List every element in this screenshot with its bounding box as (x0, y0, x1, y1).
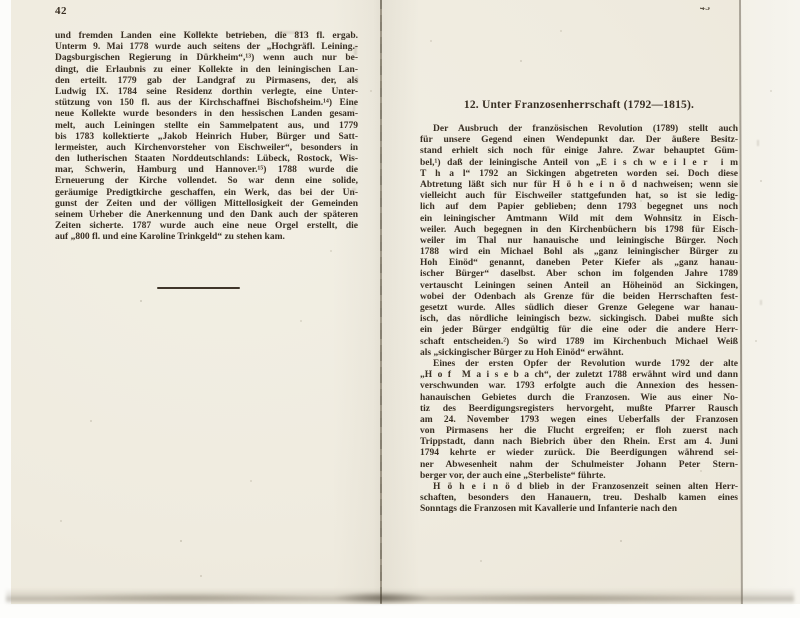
scanned-book-spread: 42 und fremden Landen eine Kollekte betr… (0, 0, 800, 618)
scan-noise-specks (0, 0, 2, 2)
text-line: lich auf dem Papier geblieben; denn 1793… (420, 202, 738, 213)
chapter-heading: 12. Unter Franzosenherrschaft (1792—1815… (420, 99, 738, 111)
text-line: Der Ausbruch der französischen Revolutio… (420, 124, 738, 135)
text-line: melt, auch Leiningen stellte ein Sammelp… (55, 121, 358, 132)
left-page-number: 42 (55, 5, 67, 17)
book-gutter-line (380, 0, 382, 604)
text-line: stützung von 150 fl. aus der Kirchschaff… (55, 98, 358, 109)
text-line: gunst der Zeiten und der völligen Mittel… (55, 199, 358, 210)
scanner-background-left (0, 0, 11, 618)
text-line: vertauscht Leiningen seinen Anteil an Hö… (420, 281, 738, 292)
text-line: ischer Bürger“ daselbst. Aber schon im f… (420, 269, 738, 280)
text-line: Sonntags die Franzosen mit Kavallerie un… (420, 504, 738, 515)
text-line: isch, das nördliche leiningisch bezw. si… (420, 314, 738, 325)
page-edge-margin (741, 0, 800, 604)
text-line: den lutherischen Staaten Norddeutschland… (55, 154, 358, 165)
text-line: weiler im Thal nur hanauische und leinin… (420, 236, 738, 247)
text-line: 1794 kehrte er wieder zurück. Die Beerdi… (420, 448, 738, 459)
text-line: Hoh Einöd“ genannt, daneben Peter Kiefer… (420, 258, 738, 269)
text-line: lermeister, auch Kirchenvorsteher von Ei… (55, 143, 358, 154)
text-line: schaften, besonders den Hanauern, treu. … (420, 493, 738, 504)
text-line: berger vor, der auch eine „Sterbeliste“ … (420, 471, 738, 482)
text-line: neue Kollekte wurde besonders in den hes… (55, 109, 358, 120)
section-divider-rule (157, 287, 240, 289)
text-line: Zeiten sicherte. 1787 wurde auch eine ne… (55, 221, 358, 232)
text-line: bis 1783 kollektierte „Jakob Heinrich Hu… (55, 132, 358, 143)
text-line: Erneuerung der Kirche vollendet. So war … (55, 176, 358, 187)
text-line: mar, Schwerin, Hamburg und Hannover.¹⁵) … (55, 165, 358, 176)
text-line: gesetzt wurde. Alles südlich dieser Gren… (420, 303, 738, 314)
right-page-text-block: Der Ausbruch der französischen Revolutio… (420, 124, 738, 516)
text-line: weiler. Auch begegnen in den Kirchenbüch… (420, 225, 738, 236)
left-page-text-block: und fremden Landen eine Kollekte betrieb… (55, 31, 358, 244)
text-line: für unsere Gegend einen Wendepunkt dar. … (420, 135, 738, 146)
text-line: 1788 wird ein Michael Bohl als „ganz lei… (420, 247, 738, 258)
scan-smudge (6, 585, 794, 603)
text-line: den erteilt. 1779 gab der Landgraf zu Pi… (55, 76, 358, 87)
text-line: bel,¹) daß der leiningische Anteil von „… (420, 158, 738, 169)
text-line: schaft entscheiden.²) So wird 1789 im Ki… (420, 337, 738, 348)
text-line: T h a l“ 1792 an Sickingen abgetreten wo… (420, 169, 738, 180)
text-line: ner Abwesenheit nahm der Schulmeister Jo… (420, 460, 738, 471)
text-line: wobei der Odenbach als Grenze für die be… (420, 292, 738, 303)
text-line: Abtretung läßt sich nur für H ö h e i n … (420, 180, 738, 191)
text-line: am 24. November 1793 wegen eines Ueberfa… (420, 415, 738, 426)
text-line: von Pirmasens her die Flucht ergreifen; … (420, 426, 738, 437)
text-line: Dagsburgischen Regierung in Dürkheim“,¹³… (55, 53, 358, 64)
text-line: Ludwig IX. 1784 seine Residenz dorthin v… (55, 87, 358, 98)
text-line: „H o f M a i s e b a ch“, der zuletzt 17… (420, 370, 738, 381)
text-line: hanauischen Gebietes durch die Franzosen… (420, 393, 738, 404)
text-line: als „sickingischer Bürger zu Hoh Einöd“ … (420, 348, 738, 359)
ink-bleedthrough-mark (760, 300, 762, 305)
text-line: seinem Urheber die Anerkennung und den D… (55, 210, 358, 221)
text-line: ein leiningischer Amtmann Wild mit dem W… (420, 214, 738, 225)
text-line: auf „800 fl. und eine Karoline Trinkgeld… (55, 232, 358, 243)
text-line: Unterm 9. Mai 1778 wurde auch seitens de… (55, 42, 358, 53)
text-line: Eines der ersten Opfer der Revolution wu… (420, 359, 738, 370)
scanner-background-bottom (0, 604, 800, 618)
text-line: geräumige Predigtkirche geschaffen, ein … (55, 188, 358, 199)
text-line: Trippstadt, dann nach Biebrich über den … (420, 437, 738, 448)
text-line: H ö h e i n ö d blieb in der Franzosenze… (420, 482, 738, 493)
text-line: tiz des Beerdigungsregisters hervorgeht,… (420, 404, 738, 415)
text-line: vielleicht auch für Eischweiler stattgef… (420, 191, 738, 202)
text-line: verschwunden war. 1793 erfolgte auch die… (420, 381, 738, 392)
text-line: dingt, die Erlaubnis zu einer Kollekte i… (55, 65, 358, 76)
text-line: und fremden Landen eine Kollekte betrieb… (55, 31, 358, 42)
ink-bleedthrough-mark (757, 140, 759, 146)
text-line: stand erhielt sich noch für einige Jahre… (420, 146, 738, 157)
text-line: ein jeder Bürger endgültig für die eine … (420, 325, 738, 336)
